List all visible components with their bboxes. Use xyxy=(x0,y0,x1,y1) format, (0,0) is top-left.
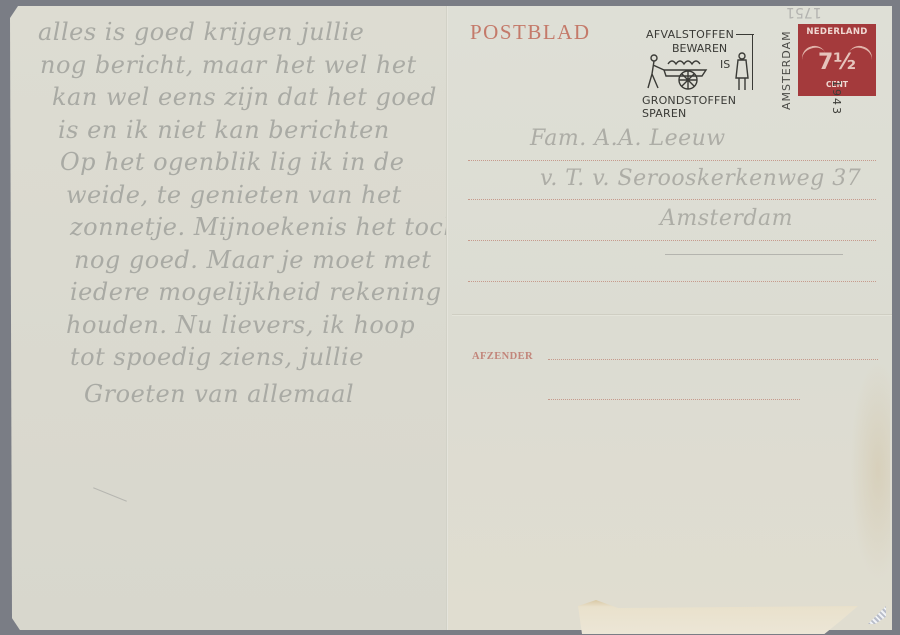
postblad-title: POSTBLAD xyxy=(470,20,591,45)
paper-stain xyxy=(850,360,890,580)
address-underline xyxy=(665,254,843,255)
postmark-date: 1943 xyxy=(830,80,843,116)
address-line-3 xyxy=(468,240,876,241)
message-line: is en ik niet kan berichten xyxy=(34,114,444,147)
message-line: nog bericht, maar het wel het xyxy=(34,49,444,82)
message-line: alles is goed krijgen jullie xyxy=(34,16,444,49)
message-line: nog goed. Maar je moet met xyxy=(34,244,444,277)
message-closing: Groeten van allemaal xyxy=(34,378,444,411)
sender-label: AFZENDER xyxy=(472,351,533,362)
sender-line-2 xyxy=(548,399,800,400)
horizontal-fold xyxy=(452,314,892,316)
message-line: houden. Nu lievers, ik hoop xyxy=(34,309,444,342)
message-line: kan wel eens zijn dat het goed xyxy=(34,81,444,114)
cancel-line-1: AFVALSTOFFEN xyxy=(646,28,734,41)
cart-illustration-icon xyxy=(640,52,770,94)
message-line: tot spoedig ziens, jullie xyxy=(34,341,444,374)
message-line: iedere mogelijkheid rekening xyxy=(34,276,444,309)
stamp-value: 7½ xyxy=(798,50,876,75)
message-line: Op het ogenblik lig ik in de xyxy=(34,146,444,179)
message-line: zonnetje. Mijnoekenis het toch xyxy=(34,211,444,244)
slogan-cancellation: AFVALSTOFFEN BEWAREN IS GRONDSTOFFEN SPA… xyxy=(640,24,780,110)
city-postmark: AMSTERDAM xyxy=(780,30,800,110)
vertical-fold xyxy=(446,6,448,630)
address-line-4 xyxy=(468,281,876,282)
address-line-2 xyxy=(468,199,876,200)
address-city: Amsterdam xyxy=(660,206,793,231)
address-street: v. T. v. Serooskerkenweg 37 xyxy=(540,166,861,191)
sender-line-1 xyxy=(548,359,878,360)
reference-number: 1751 xyxy=(786,4,822,20)
stamp-country: NEDERLAND xyxy=(798,27,876,37)
address-line-1 xyxy=(468,160,876,161)
address-name: Fam. A.A. Leeuw xyxy=(530,126,726,151)
cancel-line-4: GRONDSTOFFEN SPAREN xyxy=(642,94,780,120)
left-page-message: alles is goed krijgen jullie nog bericht… xyxy=(6,6,446,630)
handwritten-message: alles is goed krijgen jullie nog bericht… xyxy=(34,16,444,410)
message-line: weide, te genieten van het xyxy=(34,179,444,212)
